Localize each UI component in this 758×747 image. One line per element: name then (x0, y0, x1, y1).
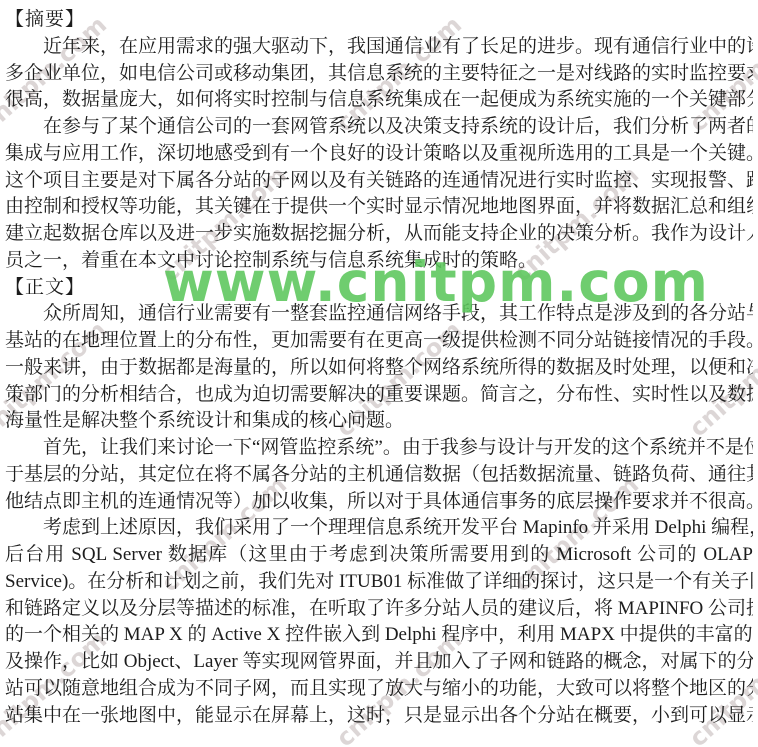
document-line: 很高，数据量庞大，如何将实时控制与信息系统集成在一起便成为系统实施的一个关键部分… (5, 87, 753, 114)
document-line: 站可以随意地组合成为不同子网，而且实现了放大与缩小的功能，大致可以将整个地区的分 (5, 676, 753, 703)
document-line: 首先，让我们来讨论一下“网管监控系统”。由于我参与设计与开发的这个系统并不是位 (5, 435, 753, 462)
document-line: 建立起数据仓库以及进一步实施数据挖掘分析，从而能支持企业的决策分析。我作为设计人 (5, 221, 753, 248)
document-line: 一般来讲，由于数据都是海量的，所以如何将整个网络系统所得的数据及时处理，以便和决 (5, 355, 753, 382)
document-line: 集成与应用工作，深切地感受到有一个良好的设计策略以及重视所选用的工具是一个关键。 (5, 141, 753, 168)
document-line: Service)。在分析和计划之前，我们先对 ITUB01 标准做了详细的探讨，… (5, 569, 753, 596)
document-line: 这个项目主要是对下属各分站的子网以及有关链路的连通情况进行实时监控、实现报警、路 (5, 168, 753, 195)
document-line: 于基层的分站，其定位在将不属各分站的主机通信数据（包括数据流量、链路负荷、通往其 (5, 462, 753, 489)
document-line: 他结点即主机的连通情况等）加以收集，所以对于具体通信事务的底层操作要求并不很高。 (5, 489, 753, 516)
document-line: 及操作，比如 Object、Layer 等实现网管界面，并且加入了子网和链路的概… (5, 649, 753, 676)
document-line: 员之一，着重在本文中讨论控制系统与信息系统集成时的策略。 (5, 248, 753, 275)
document-line: 由控制和授权等功能，其关键在于提供一个实时显示情况地地图界面，并将数据汇总和组织… (5, 194, 753, 221)
section-header: 【摘要】 (5, 7, 753, 34)
document-line: 海量性是解决整个系统设计和集成的核心问题。 (5, 408, 753, 435)
document-line: 和链路定义以及分层等描述的标准，在听取了许多分站人员的建议后，将 MAPINFO… (5, 596, 753, 623)
document-line: 站集中在一张地图中，能显示在屏幕上，这时，只是显示出各个分站在概要，小到可以显示 (5, 703, 753, 730)
document-line: 后台用 SQL Server 数据库（这里由于考虑到决策所需要用到的 Micro… (5, 542, 753, 569)
document-line: 众所周知，通信行业需要有一整套监控通信网络手段，其工作特点是涉及到的各分站与 (5, 301, 753, 328)
document-line: 近年来，在应用需求的强大驱动下，我国通信业有了长足的进步。现有通信行业中的许 (5, 34, 753, 61)
section-header: 【正文】 (5, 275, 753, 302)
document-text: 【摘要】近年来，在应用需求的强大驱动下，我国通信业有了长足的进步。现有通信行业中… (5, 7, 753, 729)
document-line: 在参与了某个通信公司的一套网管系统以及决策支持系统的设计后，我们分析了两者的 (5, 114, 753, 141)
document-line: 考虑到上述原因，我们采用了一个理理信息系统开发平台 Mapinfo 并采用 De… (5, 515, 753, 542)
document-page: cnitpm.comcnitpm.comcnitpm.comcnitpm.com… (0, 0, 758, 747)
document-line: 策部门的分析相结合，也成为迫切需要解决的重要课题。简言之，分布性、实时性以及数据 (5, 382, 753, 409)
document-line: 的一个相关的 MAP X 的 Active X 控件嵌入到 Delphi 程序中… (5, 622, 753, 649)
document-line: 多企业单位，如电信公司或移动集团，其信息系统的主要特征之一是对线路的实时监控要求 (5, 61, 753, 88)
document-line: 基站的在地理位置上的分布性，更加需要有在更高一级提供检测不同分站链接情况的手段。 (5, 328, 753, 355)
